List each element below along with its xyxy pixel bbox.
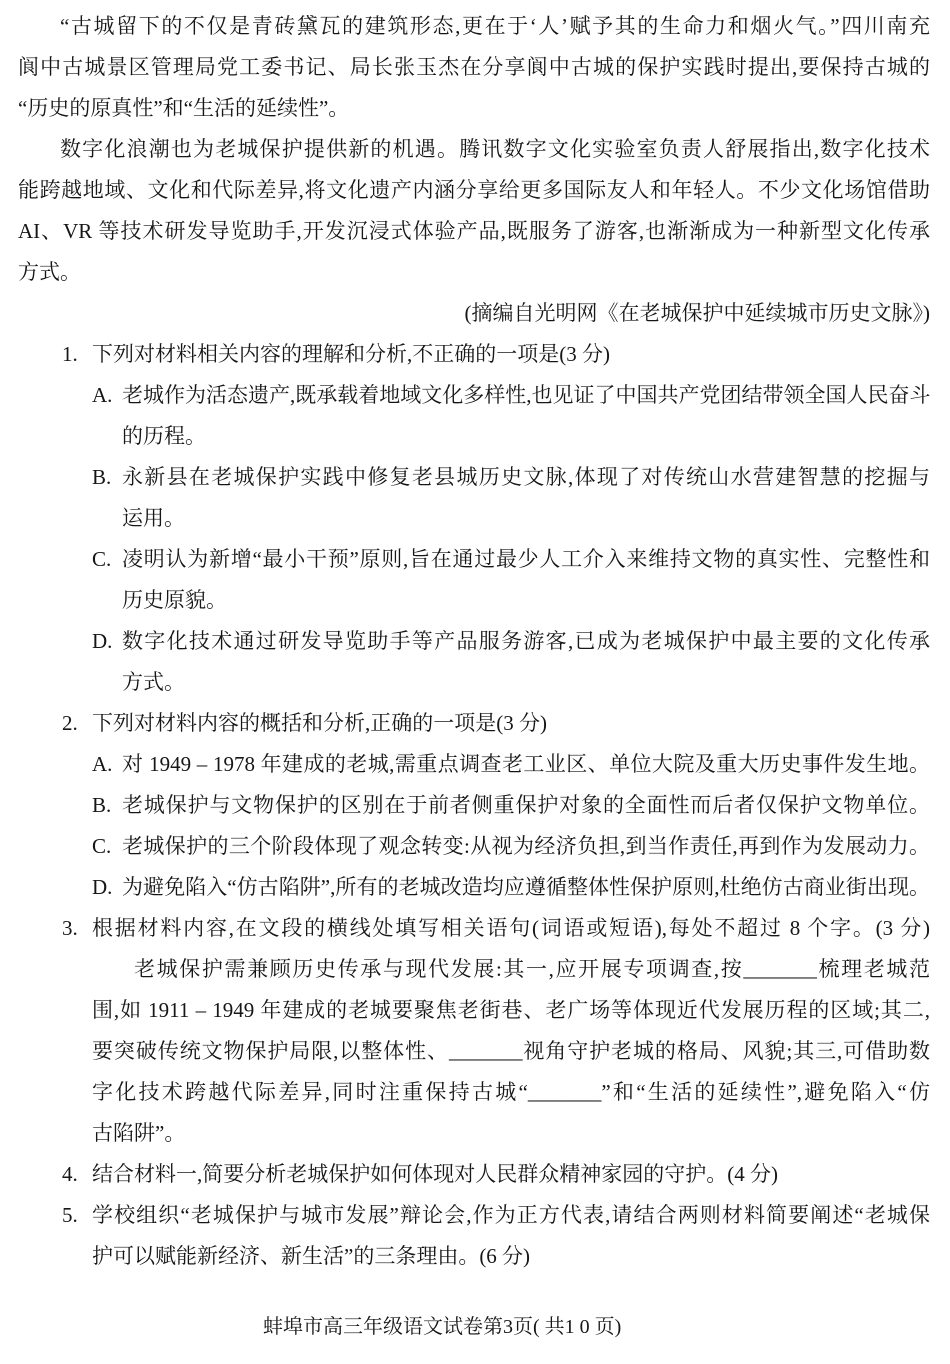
option-text: 历史原貌。 [122,580,930,621]
question-number: 4. [62,1154,92,1195]
option-text: 永新县在老城保护实践中修复老县城历史文脉,体现了对传统山水营建智慧的挖掘与 [122,457,930,498]
question-stem: 下列对材料内容的概括和分析,正确的一项是(3 分) [92,703,930,744]
option-text: 数字化技术通过研发导览助手等产品服务游客,已成为老城保护中最主要的文化传承 [122,621,930,662]
passage-line: 方式。 [18,252,930,293]
page-footer: 蚌埠市高三年级语文试卷第3页( 共1 0 页) [263,1312,621,1343]
question-stem: 结合材料一,简要分析老城保护如何体现对人民群众精神家园的守护。(4 分) [92,1154,930,1195]
option-label: D. [92,621,112,662]
option-label: D. [92,867,112,908]
question-stem: 护可以赋能新经济、新生活”的三条理由。(6 分) [92,1236,930,1277]
option-text: 运用。 [122,498,930,539]
passage-line: 阆中古城景区管理局党工委书记、局长张玉杰在分享阆中古城的保护实践时提出,要保持古… [18,47,930,88]
question-4: 4. 结合材料一,简要分析老城保护如何体现对人民群众精神家园的守护。(4 分) [18,1154,930,1195]
page-content: “古城留下的不仅是青砖黛瓦的建筑形态,更在于‘人’赋予其的生命力和烟火气。”四川… [18,6,930,1277]
question-2-option-c: C. 老城保护的三个阶段体现了观念转变:从视为经济负担,到当作责任,再到作为发展… [92,826,930,867]
option-text: 对 1949 – 1978 年建成的老城,需重点调查老工业区、单位大院及重大历史… [122,744,930,785]
passage-line: “古城留下的不仅是青砖黛瓦的建筑形态,更在于‘人’赋予其的生命力和烟火气。”四川… [18,6,930,47]
exam-page: “古城留下的不仅是青砖黛瓦的建筑形态,更在于‘人’赋予其的生命力和烟火气。”四川… [0,0,950,1364]
option-label: C. [92,826,111,867]
question-2-option-d: D. 为避免陷入“仿古陷阱”,所有的老城改造均应遵循整体性保护原则,杜绝仿古商业… [92,867,930,908]
question-number: 5. [62,1195,92,1236]
question-number: 2. [62,703,92,744]
option-text: 为避免陷入“仿古陷阱”,所有的老城改造均应遵循整体性保护原则,杜绝仿古商业街出现… [122,867,930,908]
passage-attribution: (摘编自光明网《在老城保护中延续城市历史文脉》) [18,293,930,334]
option-label: C. [92,539,111,580]
passage-line: 数字化浪潮也为老城保护提供新的机遇。腾讯数字文化实验室负责人舒展指出,数字化技术 [18,129,930,170]
question-3: 3. 根据材料内容,在文段的横线处填写相关语句(词语或短语),每处不超过 8 个… [18,908,930,1154]
option-text: 老城保护的三个阶段体现了观念转变:从视为经济负担,到当作责任,再到作为发展动力。 [122,826,930,867]
fill-blank-passage: 老城保护需兼顾历史传承与现代发展:其一,应开展专项调查,按_______梳理老城… [92,949,930,1154]
option-label: B. [92,457,111,498]
question-1: 1. 下列对材料相关内容的理解和分析,不正确的一项是(3 分) A. 老城作为活… [18,334,930,703]
fill-blank-line: 字化技术跨越代际差异,同时注重保持古城“_______”和“生活的延续性”,避免… [92,1072,930,1113]
passage-line: AI、VR 等技术研发导览助手,开发沉浸式体验产品,既服务了游客,也渐渐成为一种… [18,211,930,252]
question-2-option-b: B. 老城保护与文物保护的区别在于前者侧重保护对象的全面性而后者仅保护文物单位。 [92,785,930,826]
question-number: 3. [62,908,92,949]
reading-passage: “古城留下的不仅是青砖黛瓦的建筑形态,更在于‘人’赋予其的生命力和烟火气。”四川… [18,6,930,334]
question-1-option-d: D. 数字化技术通过研发导览助手等产品服务游客,已成为老城保护中最主要的文化传承… [92,621,930,703]
fill-blank-line: 要突破传统文物保护局限,以整体性、_______视角守护老城的格局、风貌;其三,… [92,1031,930,1072]
fill-blank-line: 围,如 1911 – 1949 年建成的老城要聚焦老街巷、老广场等体现近代发展历… [92,990,930,1031]
question-1-option-c: C. 凌明认为新增“最小干预”原则,旨在通过最少人工介入来维持文物的真实性、完整… [92,539,930,621]
option-label: B. [92,785,111,826]
question-stem: 根据材料内容,在文段的横线处填写相关语句(词语或短语),每处不超过 8 个字。(… [92,908,930,949]
question-1-option-a: A. 老城作为活态遗产,既承载着地域文化多样性,也见证了中国共产党团结带领全国人… [92,375,930,457]
question-1-option-b: B. 永新县在老城保护实践中修复老县城历史文脉,体现了对传统山水营建智慧的挖掘与… [92,457,930,539]
option-text: 方式。 [122,662,930,703]
passage-line: “历史的原真性”和“生活的延续性”。 [18,88,930,129]
option-text: 老城保护与文物保护的区别在于前者侧重保护对象的全面性而后者仅保护文物单位。 [122,785,930,826]
question-number: 1. [62,334,92,375]
option-label: A. [92,744,112,785]
question-2-option-a: A. 对 1949 – 1978 年建成的老城,需重点调查老工业区、单位大院及重… [92,744,930,785]
question-stem: 学校组织“老城保护与城市发展”辩论会,作为正方代表,请结合两则材料简要阐述“老城… [92,1195,930,1236]
fill-blank-line: 古陷阱”。 [92,1113,930,1154]
question-stem: 下列对材料相关内容的理解和分析,不正确的一项是(3 分) [92,334,930,375]
fill-blank-line: 老城保护需兼顾历史传承与现代发展:其一,应开展专项调查,按_______梳理老城… [92,949,930,990]
question-5: 5. 学校组织“老城保护与城市发展”辩论会,作为正方代表,请结合两则材料简要阐述… [18,1195,930,1277]
option-label: A. [92,375,112,416]
option-text: 老城作为活态遗产,既承载着地域文化多样性,也见证了中国共产党团结带领全国人民奋斗 [122,375,930,416]
option-text: 凌明认为新增“最小干预”原则,旨在通过最少人工介入来维持文物的真实性、完整性和 [122,539,930,580]
passage-line: 能跨越地域、文化和代际差异,将文化遗产内涵分享给更多国际友人和年轻人。不少文化场… [18,170,930,211]
question-2: 2. 下列对材料内容的概括和分析,正确的一项是(3 分) A. 对 1949 –… [18,703,930,908]
option-text: 的历程。 [122,416,930,457]
